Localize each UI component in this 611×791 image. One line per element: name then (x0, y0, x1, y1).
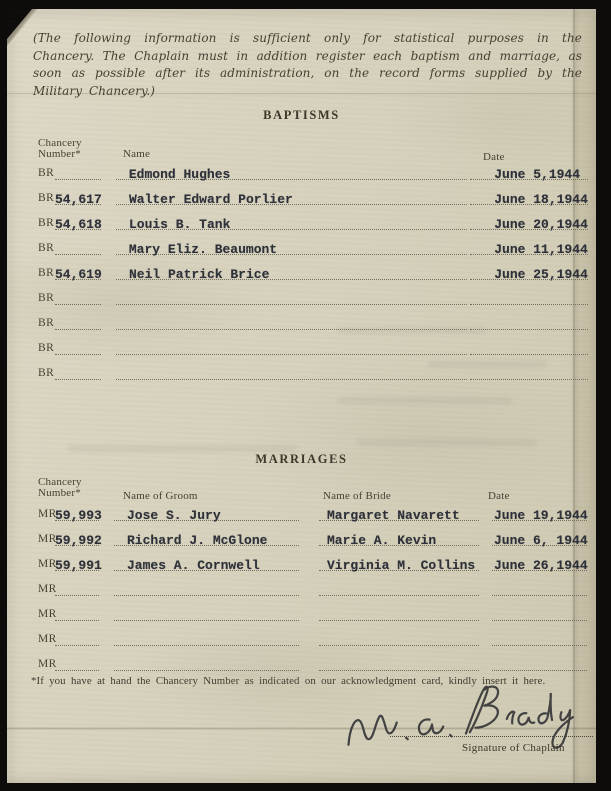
baptism-name-field: Neil Patrick Brice (116, 265, 467, 280)
baptism-name-field: Mary Eliz. Beaumont (116, 240, 467, 255)
scanned-form-page: { "page": { "intro": "(The following inf… (0, 0, 611, 791)
baptism-name-field: Louis B. Tank (116, 215, 467, 230)
marriage-chancery-number-field (55, 656, 99, 671)
baptism-name-value: Louis B. Tank (116, 218, 230, 231)
baptism-date-field: June 25,1944 (470, 265, 588, 280)
baptism-row: BR (38, 355, 588, 380)
marriage-bride-field (319, 631, 479, 646)
baptism-row-prefix: BR (38, 243, 55, 256)
marriage-groom-field (114, 581, 299, 596)
baptism-row-prefix: BR (38, 368, 55, 381)
form-intro-note: (The following information is sufficient… (33, 30, 582, 101)
marriage-bride-field (319, 656, 479, 671)
marriage-row: MR 59,992 Richard J. McGlone Marie A. Ke… (38, 521, 588, 546)
baptism-chancery-number-field (55, 340, 101, 355)
baptism-chancery-number-value: 54,618 (55, 218, 102, 231)
baptism-date-field (470, 365, 588, 380)
marriage-date-field: June 19,1944 (492, 506, 587, 521)
baptism-date-field: June 18,1944 (470, 190, 588, 205)
baptism-date-field (470, 290, 588, 305)
baptism-chancery-number-field (55, 165, 101, 180)
marriage-date-field (492, 606, 587, 621)
baptism-chancery-number-value: 54,619 (55, 268, 102, 281)
baptism-date-field: June 5,1944 (470, 165, 588, 180)
baptism-row-prefix: BR (38, 218, 55, 231)
marriage-groom-field: James A. Cornwell (114, 556, 299, 571)
baptism-date-field (470, 315, 588, 330)
baptism-name-value: Walter Edward Porlier (116, 193, 293, 206)
marriage-groom-field (114, 656, 299, 671)
baptism-name-value: Neil Patrick Brice (116, 268, 269, 281)
marriage-chancery-number-value: 59,991 (55, 559, 102, 572)
baptism-date-value: June 5,1944 (470, 168, 580, 181)
baptism-row: BR 54,619 Neil Patrick Brice June 25,194… (38, 255, 588, 280)
baptism-row-prefix: BR (38, 168, 55, 181)
baptism-chancery-number-field (55, 240, 101, 255)
marriage-date-field (492, 581, 587, 596)
marriage-chancery-number-value: 59,993 (55, 509, 102, 522)
baptism-name-field: Walter Edward Porlier (116, 190, 467, 205)
baptism-name-field (116, 290, 467, 305)
marriage-row: MR (38, 596, 588, 621)
marriage-groom-field: Jose S. Jury (114, 506, 299, 521)
marriage-row: MR (38, 621, 588, 646)
marriage-row: MR (38, 646, 588, 671)
baptism-row-prefix: BR (38, 293, 55, 306)
baptism-name-field (116, 340, 467, 355)
marriage-date-field (492, 631, 587, 646)
baptism-chancery-number-field: 54,619 (55, 265, 101, 280)
marriage-groom-field: Richard J. McGlone (114, 531, 299, 546)
baptism-row: BR Mary Eliz. Beaumont June 11,1944 (38, 230, 588, 255)
baptism-date-value: June 20,1944 (470, 218, 588, 231)
marriage-row-prefix: MR (38, 509, 55, 522)
marriage-row-prefix: MR (38, 659, 55, 672)
marriage-row-prefix: MR (38, 559, 55, 572)
baptism-chancery-number-field: 54,617 (55, 190, 101, 205)
marriages-table: MR 59,993 Jose S. Jury Margaret Navarett… (38, 496, 588, 671)
ink-bleed-through (357, 439, 537, 446)
marriage-bride-field: Marie A. Kevin (319, 531, 479, 546)
marriage-row-prefix: MR (38, 534, 55, 547)
baptism-row: BR (38, 280, 588, 305)
baptisms-section-title: BAPTISMS (7, 108, 596, 123)
marriage-date-value: June 6, 1944 (492, 534, 588, 547)
baptism-chancery-number-field: 54,618 (55, 215, 101, 230)
baptism-date-value: June 11,1944 (470, 243, 588, 256)
marriages-section-title: MARRIAGES (7, 452, 596, 467)
marriage-bride-field (319, 581, 479, 596)
marriage-row-prefix: MR (38, 584, 55, 597)
marriage-chancery-number-field (55, 631, 99, 646)
marriage-groom-value: James A. Cornwell (114, 559, 260, 572)
marriage-bride-value: Margaret Navarett (319, 509, 460, 522)
ink-bleed-through (67, 445, 297, 452)
signature-of-chaplain-label: Signature of Chaplain (462, 742, 565, 754)
marriage-groom-field (114, 606, 299, 621)
marriage-chancery-number-field: 59,993 (55, 506, 99, 521)
baptism-name-field (116, 315, 467, 330)
marriage-groom-value: Richard J. McGlone (114, 534, 267, 547)
baptism-chancery-number-field (55, 365, 101, 380)
ink-bleed-through (337, 397, 512, 404)
marriage-bride-field (319, 606, 479, 621)
baptism-date-field (470, 340, 588, 355)
marriage-row: MR (38, 571, 588, 596)
marriage-bride-field: Virginia M. Collins (319, 556, 479, 571)
baptisms-table: BR Edmond Hughes June 5,1944 BR 54,617 W… (38, 155, 588, 380)
baptism-row: BR 54,618 Louis B. Tank June 20,1944 (38, 205, 588, 230)
marriage-row-prefix: MR (38, 609, 55, 622)
marriage-bride-value: Virginia M. Collins (319, 559, 475, 572)
marriage-chancery-number-field (55, 581, 99, 596)
baptism-name-field (116, 365, 467, 380)
marriage-row: MR 59,991 James A. Cornwell Virginia M. … (38, 546, 588, 571)
baptism-row-prefix: BR (38, 318, 55, 331)
baptism-row: BR (38, 330, 588, 355)
marriage-chancery-number-field: 59,991 (55, 556, 99, 571)
baptism-row: BR Edmond Hughes June 5,1944 (38, 155, 588, 180)
marriage-date-field: June 6, 1944 (492, 531, 587, 546)
marriage-bride-field: Margaret Navarett (319, 506, 479, 521)
baptism-row-prefix: BR (38, 268, 55, 281)
baptism-row-prefix: BR (38, 343, 55, 356)
baptism-date-field: June 11,1944 (470, 240, 588, 255)
marriage-date-field: June 26,1944 (492, 556, 587, 571)
marriage-row: MR 59,993 Jose S. Jury Margaret Navarett… (38, 496, 588, 521)
baptism-row: BR 54,617 Walter Edward Porlier June 18,… (38, 180, 588, 205)
marriage-groom-value: Jose S. Jury (114, 509, 221, 522)
marriage-date-value: June 19,1944 (492, 509, 588, 522)
baptism-chancery-number-field (55, 290, 101, 305)
baptism-name-field: Edmond Hughes (116, 165, 467, 180)
baptism-chancery-number-value: 54,617 (55, 193, 102, 206)
marriage-bride-value: Marie A. Kevin (319, 534, 436, 547)
marriage-groom-field (114, 631, 299, 646)
marriage-row-prefix: MR (38, 634, 55, 647)
marriage-date-value: June 26,1944 (492, 559, 588, 572)
baptism-name-value: Mary Eliz. Beaumont (116, 243, 277, 256)
baptism-row-prefix: BR (38, 193, 55, 206)
scanned-paper: (The following information is sufficient… (7, 9, 596, 783)
baptism-chancery-number-field (55, 315, 101, 330)
signature-line (390, 736, 593, 737)
baptism-date-value: June 25,1944 (470, 268, 588, 281)
torn-corner (7, 9, 32, 39)
baptism-row: BR (38, 305, 588, 330)
marriage-chancery-number-field (55, 606, 99, 621)
baptism-date-field: June 20,1944 (470, 215, 588, 230)
marriage-chancery-number-field: 59,992 (55, 531, 99, 546)
baptism-date-value: June 18,1944 (470, 193, 588, 206)
baptism-name-value: Edmond Hughes (116, 168, 230, 181)
marriage-chancery-number-value: 59,992 (55, 534, 102, 547)
